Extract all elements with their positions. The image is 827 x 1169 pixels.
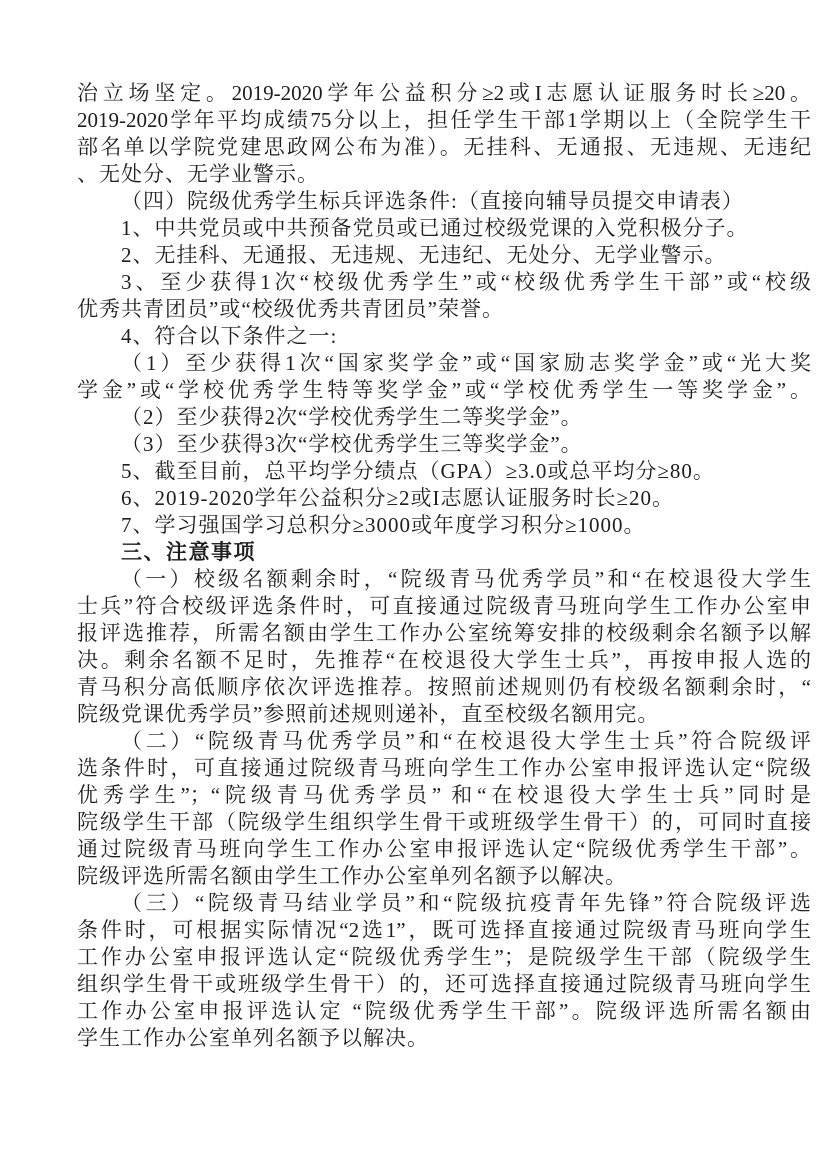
text-line: 2、无挂科、无通报、无违规、无违纪、无处分、无学业警示。 xyxy=(77,242,811,269)
text-line: 2019-2020学年平均成绩75分以上，担任学生干部1学期以上（全院学生干 xyxy=(77,107,811,134)
text-line: 报评选推荐，所需名额由学生工作办公室统筹安排的校级剩余名额予以解 xyxy=(77,620,811,647)
document-page: 治立场坚定。2019-2020学年公益积分≥2或I志愿认证服务时长≥20。 20… xyxy=(0,0,827,1169)
text-line: 学金”或“学校优秀学生特等奖学金”或“学校优秀学生一等奖学金”。 xyxy=(77,377,811,404)
text-line: （一）校级名额剩余时，“院级青马优秀学员”和“在校退役大学生 xyxy=(77,566,811,593)
text-line: 工作办公室申报评选认定 “院级优秀学生干部”。院级评选所需名额由 xyxy=(77,998,811,1025)
text-line: 治立场坚定。2019-2020学年公益积分≥2或I志愿认证服务时长≥20。 xyxy=(77,80,811,107)
document-text-block: 治立场坚定。2019-2020学年公益积分≥2或I志愿认证服务时长≥20。 20… xyxy=(77,80,811,1052)
text-line: 士兵”符合校级评选条件时，可直接通过院级青马班向学生工作办公室申 xyxy=(77,593,811,620)
text-line: 学生工作办公室单列名额予以解决。 xyxy=(77,1025,811,1052)
text-line: 青马积分高低顺序依次评选推荐。按照前述规则仍有校级名额剩余时，“ xyxy=(77,674,811,701)
text-line: （二）“院级青马优秀学员”和“在校退役大学生士兵”符合院级评 xyxy=(77,728,811,755)
text-line: 通过院级青马班向学生工作办公室申报评选认定“院级优秀学生干部”。 xyxy=(77,836,811,863)
text-line: 组织学生骨干或班级学生骨干）的，还可选择直接通过院级青马班向学生 xyxy=(77,971,811,998)
text-line: 院级学生干部（院级学生组织学生骨干或班级学生骨干）的，可同时直接 xyxy=(77,809,811,836)
text-line: 1、中共党员或中共预备党员或已通过校级党课的入党积极分子。 xyxy=(77,215,811,242)
text-line: 优秀共青团员”或“校级优秀共青团员”荣誉。 xyxy=(77,296,811,323)
text-line: 优秀学生”；“院级青马优秀学员” 和“在校退役大学生士兵”同时是 xyxy=(77,782,811,809)
text-line: 部名单以学院党建思政网公布为准）。无挂科、无通报、无违规、无违纪 xyxy=(77,134,811,161)
text-line: 、无处分、无学业警示。 xyxy=(77,161,811,188)
text-line: （1）至少获得1次“国家奖学金”或“国家励志奖学金”或“光大奖 xyxy=(77,350,811,377)
text-line: 4、符合以下条件之一: xyxy=(77,323,811,350)
section-heading: 三、注意事项 xyxy=(77,539,811,566)
text-line: 条件时，可根据实际情况“2选1”，既可选择直接通过院级青马班向学生 xyxy=(77,917,811,944)
text-line: 选条件时，可直接通过院级青马班向学生工作办公室申报评选认定“院级 xyxy=(77,755,811,782)
text-line: （3）至少获得3次“学校优秀学生三等奖学金”。 xyxy=(77,431,811,458)
text-line: （2）至少获得2次“学校优秀学生二等奖学金”。 xyxy=(77,404,811,431)
text-line: 决。剩余名额不足时，先推荐“在校退役大学生士兵”，再按申报人选的 xyxy=(77,647,811,674)
text-line: 7、学习强国学习总积分≥3000或年度学习积分≥1000。 xyxy=(77,512,811,539)
text-line: （四）院级优秀学生标兵评选条件:（直接向辅导员提交申请表） xyxy=(77,188,811,215)
text-line: 3、至少获得1次“校级优秀学生”或“校级优秀学生干部”或“校级 xyxy=(77,269,811,296)
text-line: （三）“院级青马结业学员”和“院级抗疫青年先锋”符合院级评选 xyxy=(77,890,811,917)
text-line: 院级党课优秀学员”参照前述规则递补，直至校级名额用完。 xyxy=(77,701,811,728)
text-line: 6、2019-2020学年公益积分≥2或I志愿认证服务时长≥20。 xyxy=(77,485,811,512)
text-line: 5、截至目前，总平均学分绩点（GPA）≥3.0或总平均分≥80。 xyxy=(77,458,811,485)
text-line: 院级评选所需名额由学生工作办公室单列名额予以解决。 xyxy=(77,863,811,890)
text-line: 工作办公室申报评选认定“院级优秀学生”；是院级学生干部（院级学生 xyxy=(77,944,811,971)
